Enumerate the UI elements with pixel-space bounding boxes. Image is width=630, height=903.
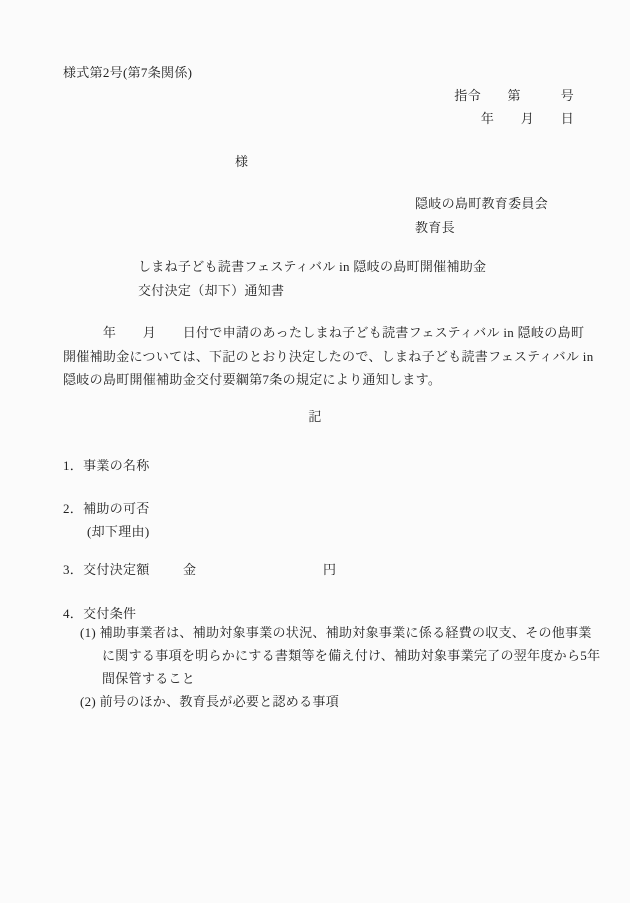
addressee-honorific: 様 <box>235 154 248 170</box>
item3-currency-prefix: 金 <box>183 562 196 578</box>
document-page: 様式第2号(第7条関係) 指令 第 号 年 月 日 様 隠岐の島町教育委員会 教… <box>0 0 630 903</box>
item4-grant-conditions: 4．交付条件 <box>63 606 136 622</box>
sender-organization: 隠岐の島町教育委員会 <box>415 196 548 212</box>
directive-number-line: 指令 第 号 <box>0 88 574 104</box>
body-paragraph-line2: 開催補助金については、下記のとおり決定したので、しまね子ども読書フェスティバル … <box>63 349 594 365</box>
body-paragraph-line3: 隠岐の島町開催補助金交付要綱第7条の規定により通知します。 <box>63 372 441 388</box>
item4-condition1-line3: 間保管すること <box>102 671 195 687</box>
sender-title: 教育長 <box>415 220 455 236</box>
item1-project-name: 1．事業の名称 <box>63 458 150 474</box>
item3-grant-amount-label: 3．交付決定額 <box>63 562 150 578</box>
item4-condition1-line1: (1) 補助事業者は、補助対象事業の状況、補助対象事業に係る経費の収支、その他事… <box>80 625 592 641</box>
item2-subsidy-approval: 2．補助の可否 <box>63 501 150 517</box>
item2-rejection-reason-note: (却下理由) <box>87 524 149 540</box>
item3-yen-unit: 円 <box>323 562 336 578</box>
item4-condition2: (2) 前号のほか、教育長が必要と認める事項 <box>80 694 339 710</box>
form-number: 様式第2号(第7条関係) <box>63 65 192 81</box>
document-title-line2: 交付決定（却下）通知書 <box>138 283 284 299</box>
body-paragraph-line1: 年 月 日付で申請のあったしまね子ども読書フェスティバル in 隠岐の島町 <box>63 325 584 341</box>
item4-condition1-line2: に関する事項を明らかにする書類等を備え付け、補助対象事業完了の翌年度から5年 <box>102 648 600 664</box>
date-line: 年 月 日 <box>0 111 574 127</box>
record-marker: 記 <box>0 409 630 425</box>
document-title-line1: しまね子ども読書フェスティバル in 隠岐の島町開催補助金 <box>138 259 486 275</box>
